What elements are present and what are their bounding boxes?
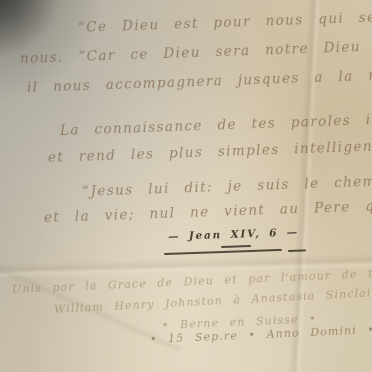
manuscript-line: et rend les plus simples intelligens: [48, 138, 372, 166]
manuscript-photo: “Ce Dieu est pour nous qui sera nous. “C…: [0, 0, 372, 372]
manuscript-line: et la vie; nul ne vient au Pere q: [44, 198, 372, 226]
ink-divider-rule: [164, 249, 282, 256]
manuscript-line: La connaissance de tes paroles illum: [60, 111, 372, 139]
scripture-citation: — Jean XIV, 6 —: [168, 226, 299, 243]
manuscript-line: “Ce Dieu est pour nous qui sera: [78, 9, 372, 36]
manuscript-line: il nous accompagnera jusques a la mor: [27, 67, 372, 96]
citation-underline: [221, 245, 251, 248]
manuscript-line: “Jesus lui dit: je suis le chemin, la v: [82, 171, 372, 200]
manuscript-line: nous. “Car ce Dieu sera notre Dieu à p: [20, 37, 372, 67]
